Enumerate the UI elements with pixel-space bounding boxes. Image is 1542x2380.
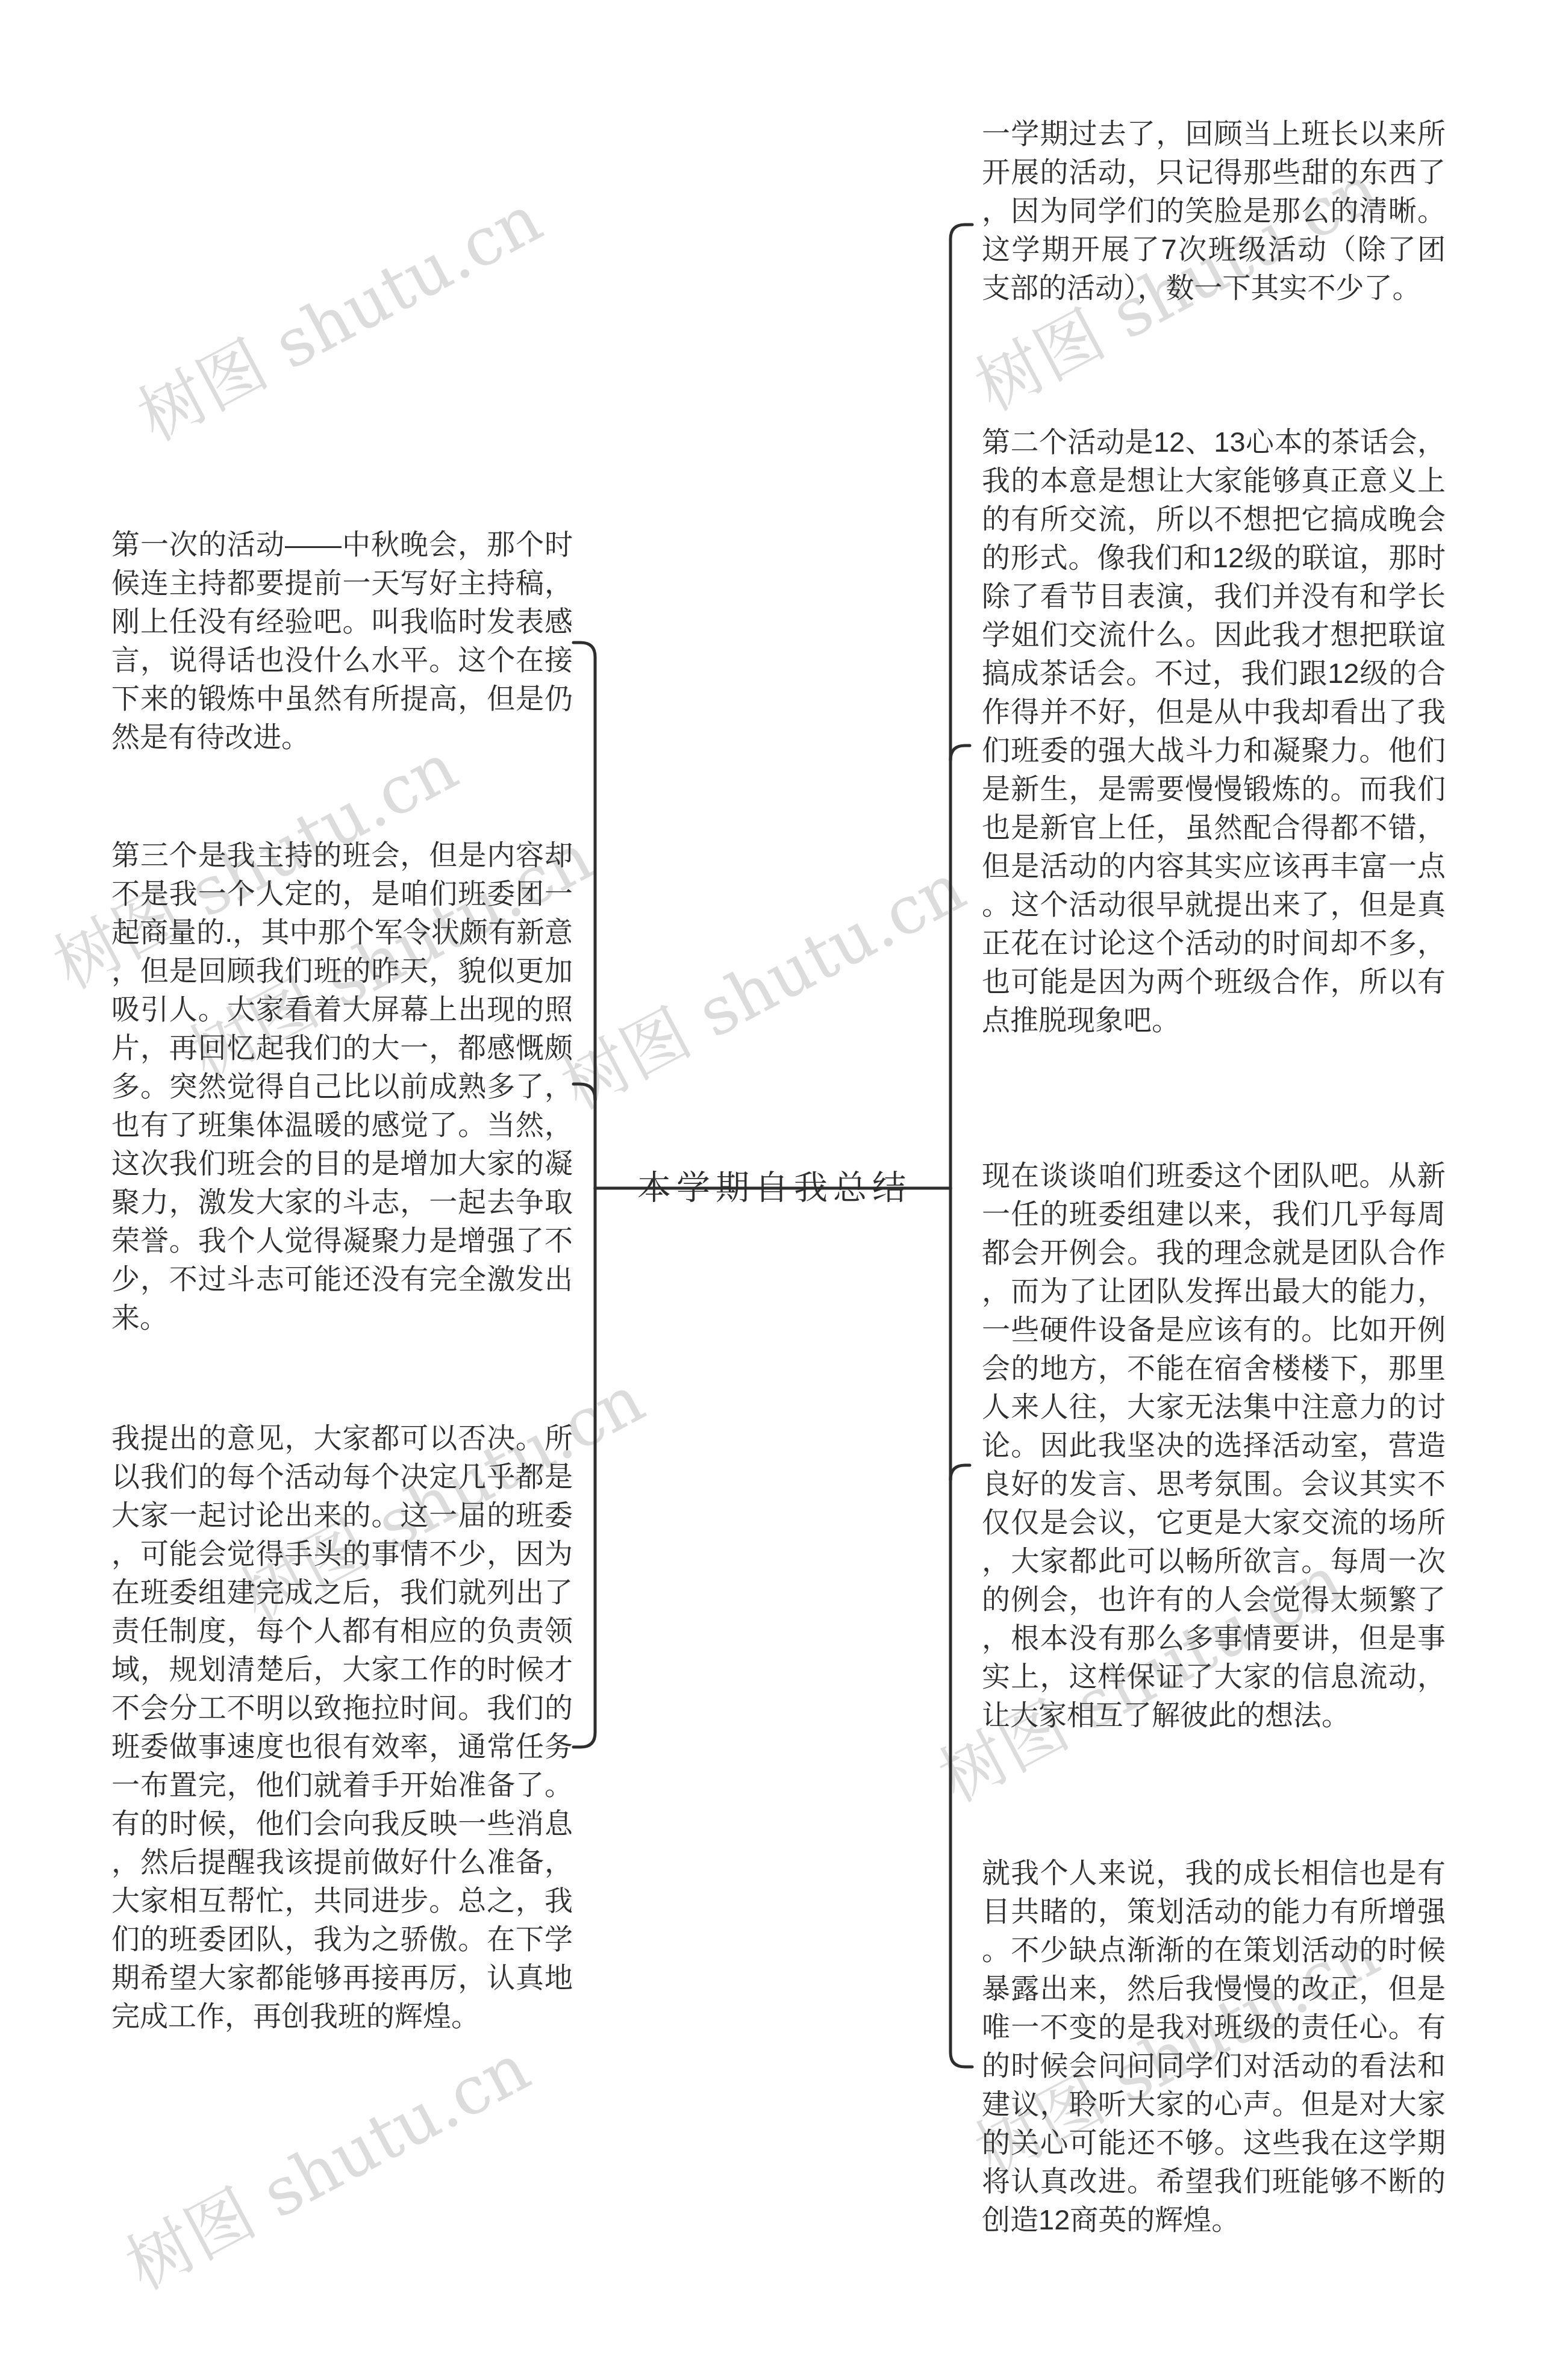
right-branch-3: 现在谈谈咱们班委这个团队吧。从新一任的班委组建以来，我们几乎每周都会开例会。我的… [982,1156,1446,1734]
left-branch-3: 我提出的意见，大家都可以否决。所以我们的每个活动每个决定几乎都是大家一起讨论出来… [111,1419,573,2036]
right-branch-2: 第二个活动是12、13心本的茶话会，我的本意是想让大家能够真正意义上的有所交流，… [982,423,1446,1039]
right-bracket-hook-3 [950,1465,970,1480]
right-branch-1: 一学期过去了，回顾当上班长以来所开展的活动，只记得那些甜的东西了，因为同学们的笑… [982,114,1446,307]
left-bracket-mid-hook [573,1084,595,1100]
right-branch-4: 就我个人来说，我的成长相信也是有目共睹的，策划活动的能力有所增强。不少缺点渐渐的… [982,1854,1446,2239]
right-bracket-hook-2 [950,746,970,760]
right-bracket [950,225,972,2067]
mindmap-canvas: 树图 shutu.cn 树图 shutu.cn 树图 shutu.cn 树图 s… [0,0,1542,2380]
left-bracket [573,643,595,1747]
left-branch-2: 第三个是我主持的班会，但是内容却不是我一个人定的，是咱们班委团一起商量的.，其中… [111,836,573,1337]
root-node-label: 本学期自我总结 [637,1171,911,1204]
left-branch-1: 第一次的活动——中秋晚会，那个时候连主持都要提前一天写好主持稿，刚上任没有经验吧… [111,525,573,756]
